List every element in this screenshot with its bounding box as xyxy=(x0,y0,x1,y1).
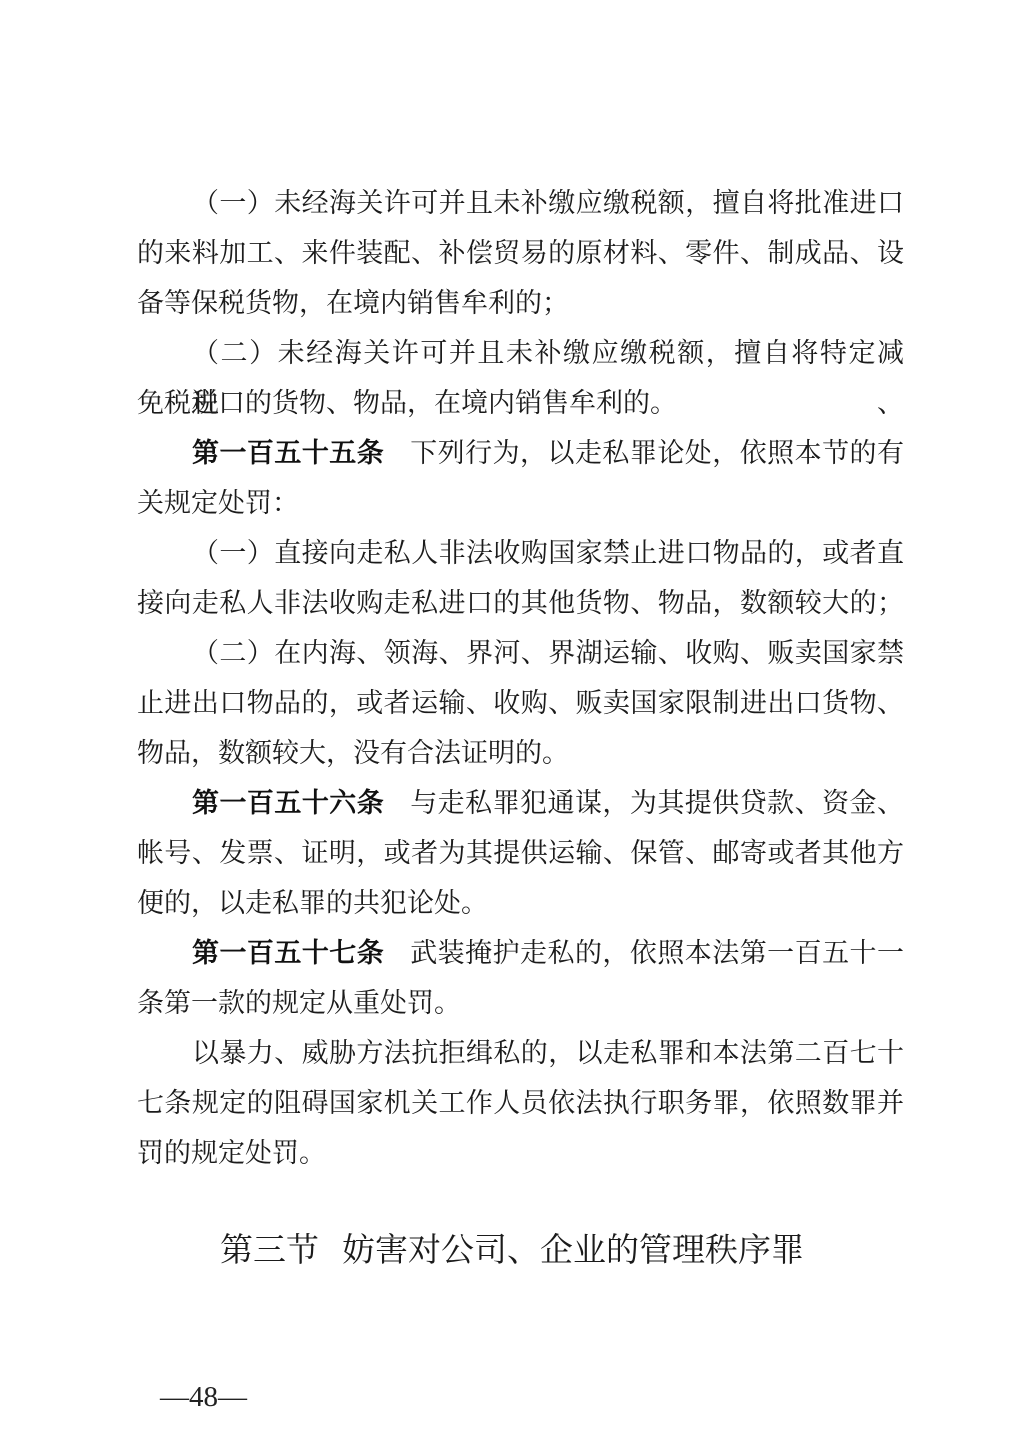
line-text: 以暴力、威胁方法抗拒缉私的，以走私罪和本法第二百七十 xyxy=(192,1038,904,1068)
line-text: 免税进口的货物、物品，在境内销售牟利的。 xyxy=(137,388,677,418)
article-number: 第一百五十五条 xyxy=(192,438,384,468)
text-line: 便的，以走私罪的共犯论处。 xyxy=(137,878,904,928)
line-text: 备等保税货物，在境内销售牟利的； xyxy=(137,288,569,318)
line-text: （一）未经海关许可并且未补缴应缴税额，擅自将批准进口 xyxy=(192,188,904,218)
line-text: 与走私罪犯通谋，为其提供贷款、资金、 xyxy=(410,788,904,818)
text-line: 的来料加工、来件装配、补偿贸易的原材料、零件、制成品、设 xyxy=(137,228,904,278)
page-number: —48— xyxy=(160,1372,247,1422)
line-text: （一）直接向走私人非法收购国家禁止进口物品的，或者直 xyxy=(192,538,904,568)
text-line: （二）未经海关许可并且未补缴应缴税额，擅自将特定减税、 xyxy=(137,328,904,378)
line-text: 关规定处罚： xyxy=(137,488,299,518)
line-text: 下列行为，以走私罪论处，依照本节的有 xyxy=(410,438,904,468)
line-text: 接向走私人非法收购走私进口的其他货物、物品，数额较大的； xyxy=(137,588,904,618)
text-line: 七条规定的阻碍国家机关工作人员依法执行职务罪，依照数罪并 xyxy=(137,1078,904,1128)
text-line: 条第一款的规定从重处罚。 xyxy=(137,978,904,1028)
line-text: 便的，以走私罪的共犯论处。 xyxy=(137,888,488,918)
line-text: （二）在内海、领海、界河、界湖运输、收购、贩卖国家禁 xyxy=(192,638,904,668)
text-line: 以暴力、威胁方法抗拒缉私的，以走私罪和本法第二百七十 xyxy=(137,1028,904,1078)
document-page: （一）未经海关许可并且未补缴应缴税额，擅自将批准进口的来料加工、来件装配、补偿贸… xyxy=(0,0,1024,1448)
text-line: 罚的规定处罚。 xyxy=(137,1128,904,1178)
text-line: 物品，数额较大，没有合法证明的。 xyxy=(137,728,904,778)
text-line: （一）直接向走私人非法收购国家禁止进口物品的，或者直 xyxy=(137,528,904,578)
line-text: 的来料加工、来件装配、补偿贸易的原材料、零件、制成品、设 xyxy=(137,238,904,268)
section-heading: 第三节妨害对公司、企业的管理秩序罪 xyxy=(0,1226,1024,1276)
text-line: （一）未经海关许可并且未补缴应缴税额，擅自将批准进口 xyxy=(137,178,904,228)
line-text: 物品，数额较大，没有合法证明的。 xyxy=(137,738,569,768)
text-line: 第一百五十五条下列行为，以走私罪论处，依照本节的有 xyxy=(137,428,904,478)
text-line: 第一百五十七条武装掩护走私的，依照本法第一百五十一 xyxy=(137,928,904,978)
text-line: （二）在内海、领海、界河、界湖运输、收购、贩卖国家禁 xyxy=(137,628,904,678)
line-text: 七条规定的阻碍国家机关工作人员依法执行职务罪，依照数罪并 xyxy=(137,1088,904,1118)
text-line: 第一百五十六条与走私罪犯通谋，为其提供贷款、资金、 xyxy=(137,778,904,828)
line-text: 条第一款的规定从重处罚。 xyxy=(137,988,461,1018)
text-line: 备等保税货物，在境内销售牟利的； xyxy=(137,278,904,328)
line-text: 武装掩护走私的，依照本法第一百五十一 xyxy=(410,938,904,968)
line-text: 止进出口物品的，或者运输、收购、贩卖国家限制进出口货物、 xyxy=(137,688,904,718)
body-text: （一）未经海关许可并且未补缴应缴税额，擅自将批准进口的来料加工、来件装配、补偿贸… xyxy=(137,178,904,1178)
line-text: 罚的规定处罚。 xyxy=(137,1138,326,1168)
article-number: 第一百五十六条 xyxy=(192,788,384,818)
text-line: 接向走私人非法收购走私进口的其他货物、物品，数额较大的； xyxy=(137,578,904,628)
article-number: 第一百五十七条 xyxy=(192,938,384,968)
section-title: 妨害对公司、企业的管理秩序罪 xyxy=(342,1233,804,1269)
text-line: 关规定处罚： xyxy=(137,478,904,528)
text-line: 帐号、发票、证明，或者为其提供运输、保管、邮寄或者其他方 xyxy=(137,828,904,878)
section-number: 第三节 xyxy=(220,1233,319,1269)
line-text: 帐号、发票、证明，或者为其提供运输、保管、邮寄或者其他方 xyxy=(137,838,904,868)
text-line: 止进出口物品的，或者运输、收购、贩卖国家限制进出口货物、 xyxy=(137,678,904,728)
